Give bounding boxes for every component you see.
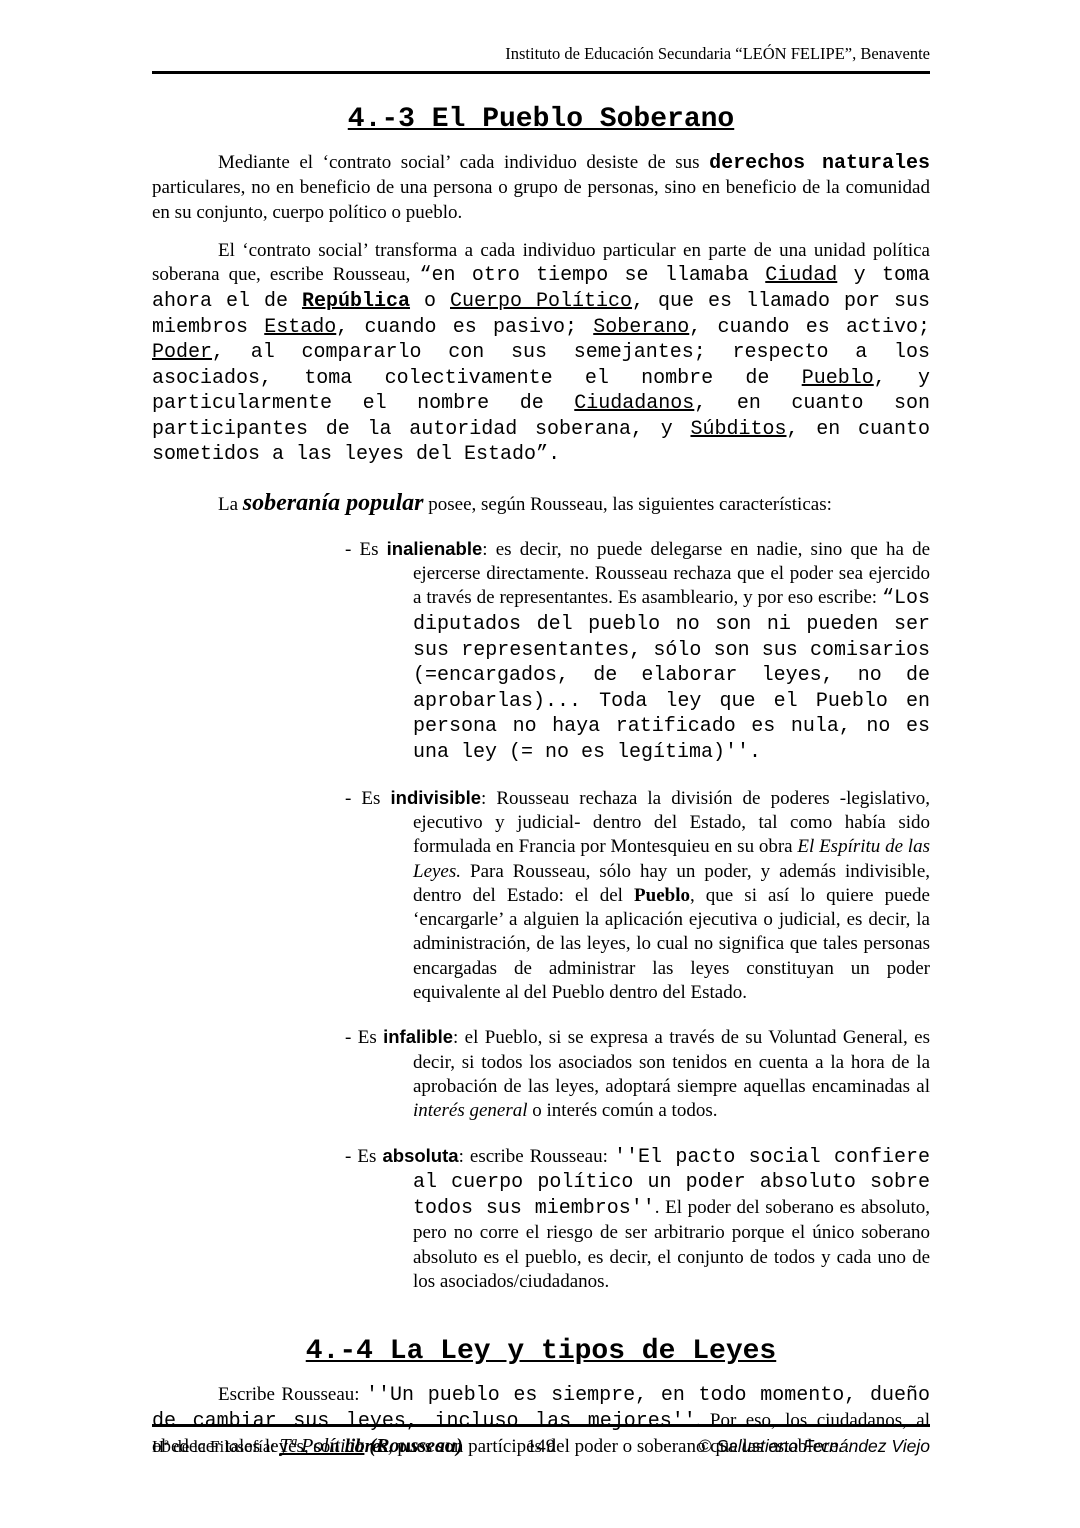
text-segment: La: [218, 494, 243, 515]
term-soberania-popular: soberanía popular: [243, 490, 424, 516]
term-ciudadanos: Ciudadanos: [574, 392, 694, 415]
paragraph-soberania-intro: La soberanía popular posee, según Rousse…: [152, 488, 930, 519]
term-interes-general: interés general: [413, 1100, 528, 1121]
list-item-inalienable: - Es inalienable: es decir, no puede del…: [152, 537, 930, 766]
term-republica: República: [302, 290, 410, 313]
text-segment: Mediante el ‘contrato social’ cada indiv…: [218, 152, 709, 173]
page-number: 149: [527, 1436, 556, 1458]
section1-title-text: 4.-3 El Pueblo Soberano: [348, 104, 734, 135]
term-subditos: Súbditos: [690, 418, 786, 441]
list-marker: - Es: [345, 788, 391, 809]
term-ciudad: Ciudad: [765, 264, 837, 287]
footer-course: Hª de la Filosofía: Tª Política (Roussea…: [152, 1435, 527, 1458]
paragraph-rousseau-quote: El ‘contrato social’ transforma a cada i…: [152, 239, 930, 468]
paragraph-contrato-social: Mediante el ‘contrato social’ cada indiv…: [152, 151, 930, 225]
section2-title: 4.-4 La Ley y tipos de Leyes: [152, 1336, 930, 1367]
text-segment: Escribe Rousseau:: [218, 1384, 366, 1405]
page-footer: Hª de la Filosofía: Tª Política (Roussea…: [152, 1424, 930, 1458]
quote-segment: , cuando es activo;: [689, 316, 930, 339]
header-institute: Instituto de Educación Secundaria “LEÓN …: [152, 44, 930, 64]
text-segment: posee, según Rousseau, las siguientes ca…: [424, 494, 832, 515]
text-segment: : es decir, no puede delegarse en nadie,…: [413, 539, 930, 609]
quote-segment: “en otro tiempo se llamaba: [419, 264, 765, 287]
list-item-infalible: - Es infalible: el Pueblo, si se expresa…: [152, 1025, 930, 1123]
keyword-absoluta: absoluta: [382, 1145, 458, 1166]
keyword-indivisible: indivisible: [391, 787, 481, 808]
text-segment: : escribe Rousseau:: [459, 1146, 614, 1167]
keyword-inalienable: inalienable: [387, 538, 483, 559]
footer-course-label: Hª de la Filosofía:: [152, 1437, 279, 1456]
quote-segment: o: [410, 290, 450, 313]
text-segment: particulares, no en beneficio de una per…: [152, 177, 930, 222]
term-derechos-naturales: derechos naturales: [709, 152, 930, 175]
list-marker: - Es: [345, 1027, 383, 1048]
list-marker: - Es: [345, 1146, 382, 1167]
keyword-infalible: infalible: [383, 1026, 453, 1047]
header-rule: [152, 71, 930, 74]
footer-topic: Tª Política: [279, 1435, 364, 1457]
list-item-absoluta: - Es absoluta: escribe Rousseau: ''El pa…: [152, 1144, 930, 1295]
section2-title-text: 4.-4 La Ley y tipos de Leyes: [306, 1336, 776, 1367]
list-item-indivisible: - Es indivisible: Rousseau rechaza la di…: [152, 786, 930, 1006]
term-soberano: Soberano: [593, 316, 689, 339]
footer-author-paren: (Rousseau): [364, 1435, 462, 1457]
text-segment: o interés común a todos.: [528, 1100, 718, 1121]
term-poder: Poder: [152, 341, 212, 364]
quote-diputados: “Los diputados del pueblo no son ni pued…: [413, 587, 930, 764]
list-marker: - Es: [345, 539, 387, 560]
term-pueblo-bold: Pueblo: [634, 885, 690, 906]
text-segment: : el Pueblo, si se expresa a través de s…: [413, 1027, 930, 1097]
term-estado: Estado: [264, 316, 336, 339]
section1-title: 4.-3 El Pueblo Soberano: [152, 104, 930, 135]
footer-copyright: © Salustiano Fernández Viejo: [555, 1436, 930, 1457]
term-pueblo: Pueblo: [802, 367, 874, 390]
quote-segment: , cuando es pasivo;: [336, 316, 593, 339]
document-page: Instituto de Educación Secundaria “LEÓN …: [0, 0, 1080, 1528]
term-cuerpo-politico: Cuerpo Político: [450, 290, 632, 313]
